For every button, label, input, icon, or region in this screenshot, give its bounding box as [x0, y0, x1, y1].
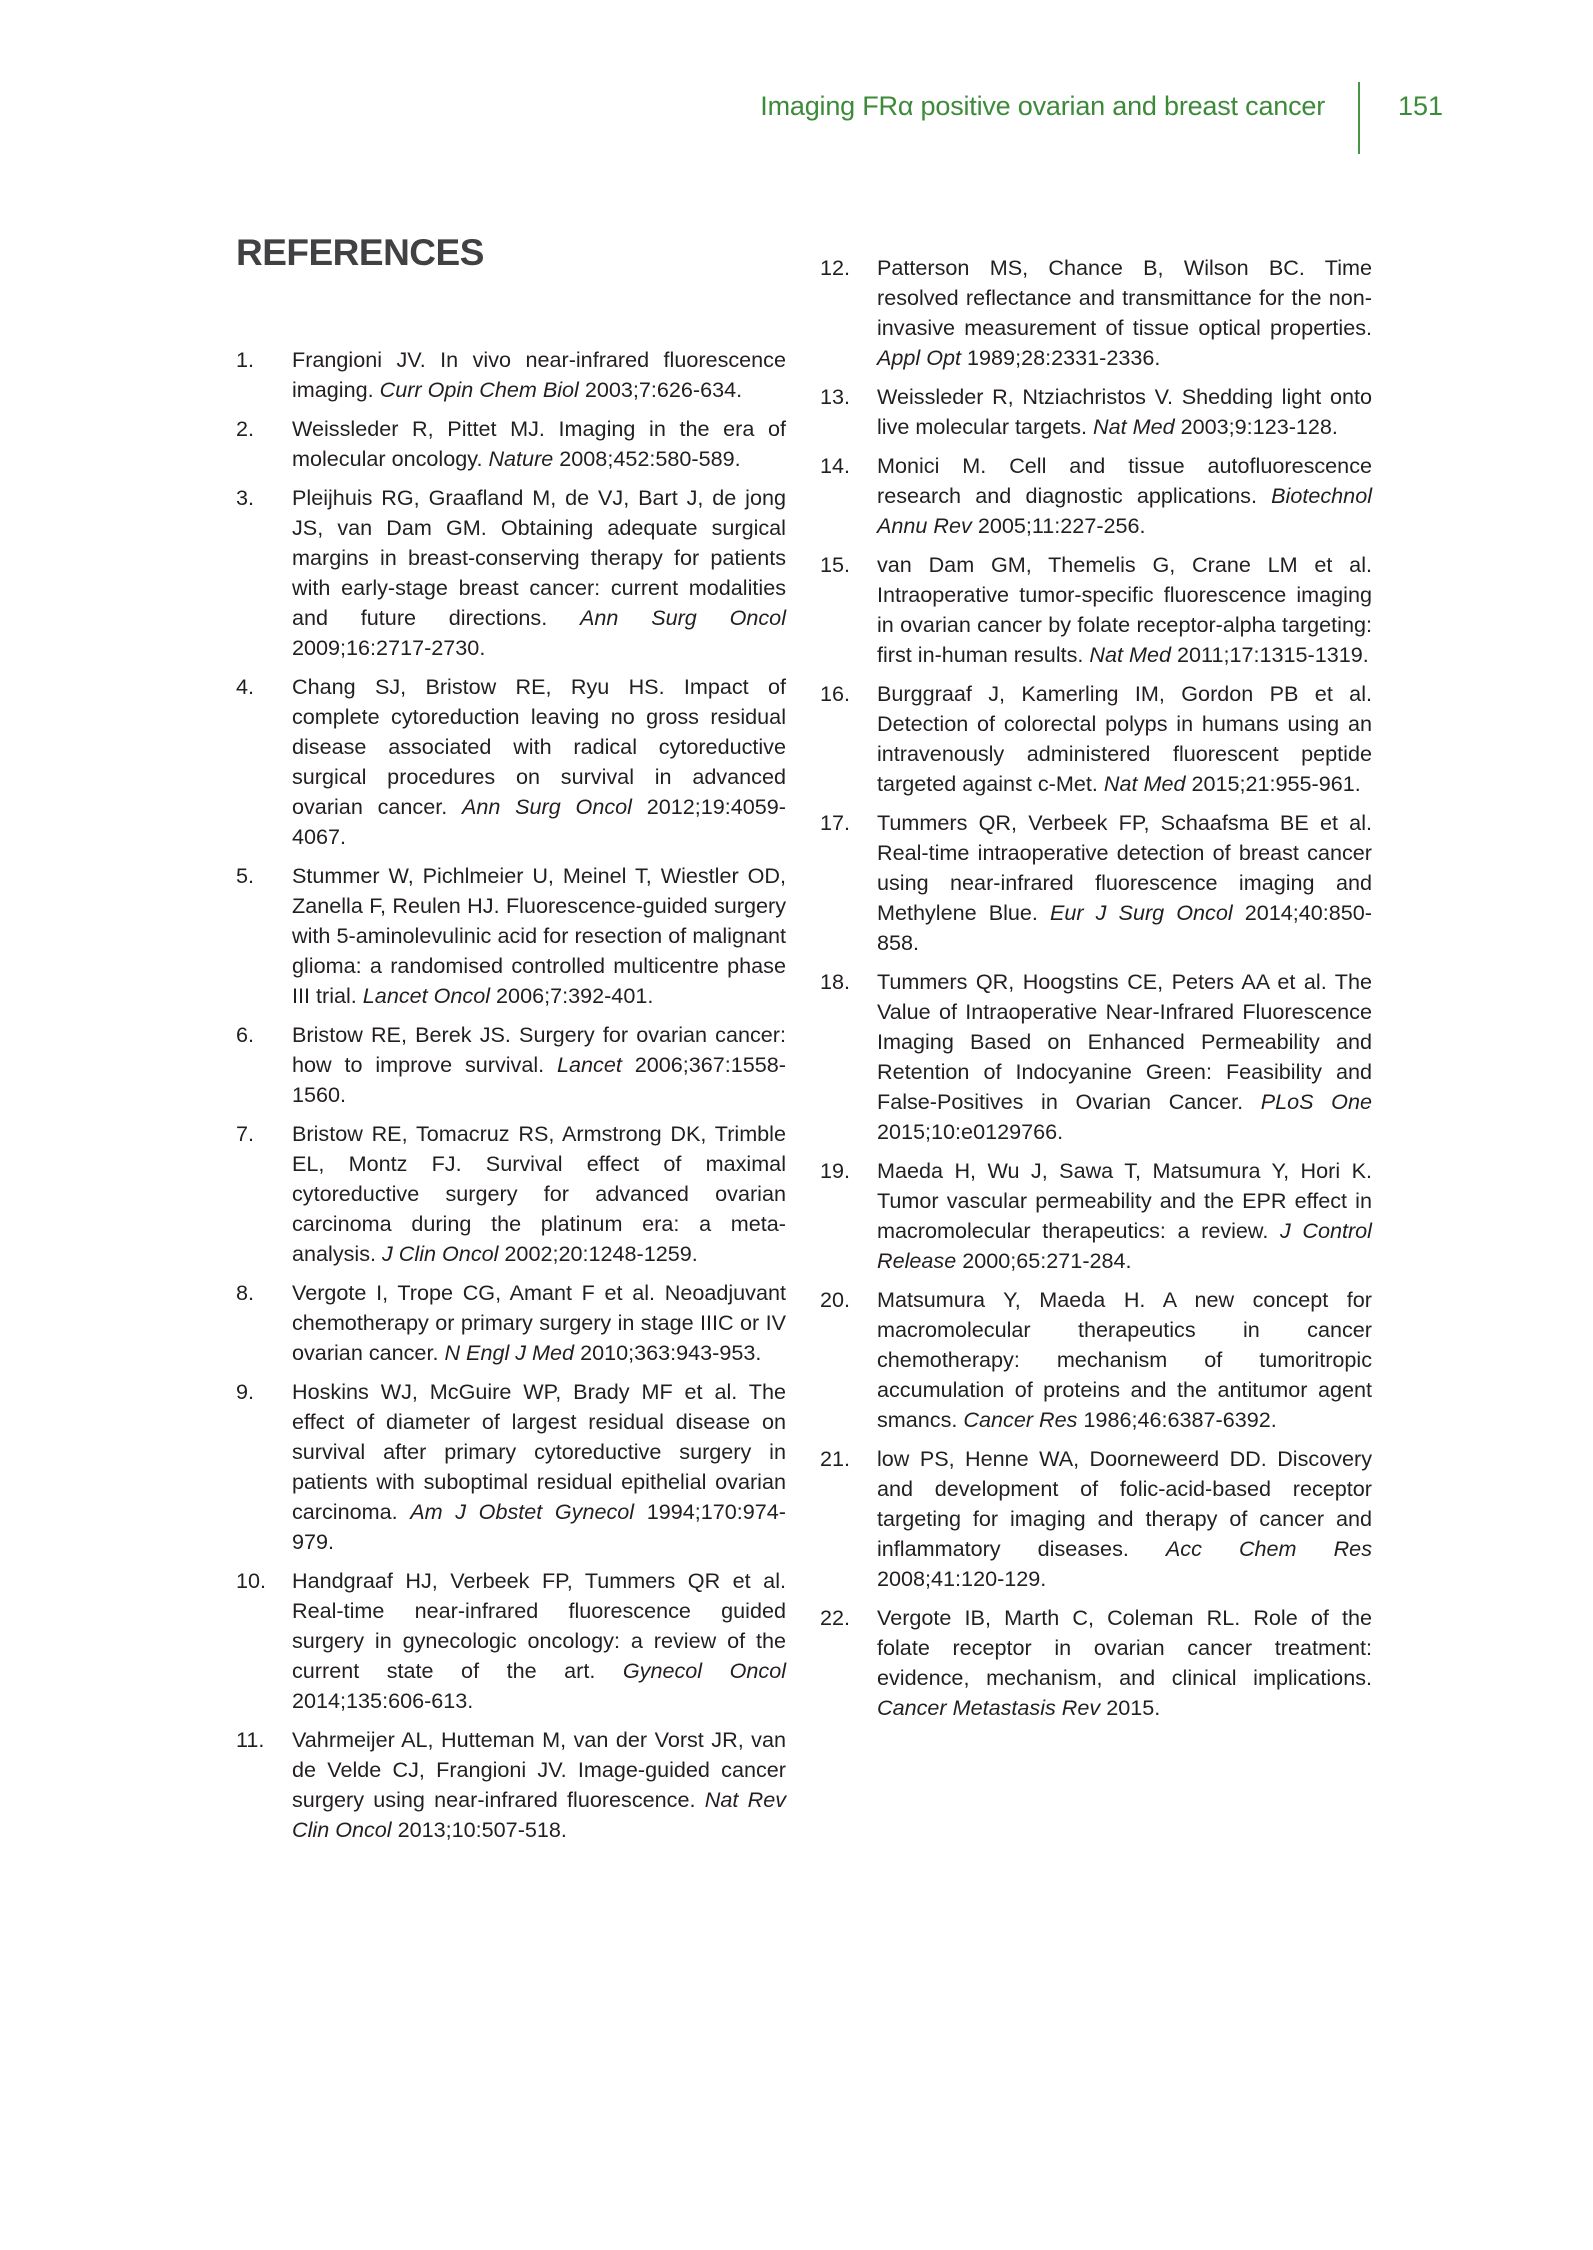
reference-journal: J Clin Oncol: [382, 1241, 498, 1266]
reference-journal: Cancer Metastasis Rev: [877, 1695, 1100, 1720]
reference-citation: 2000;65:271-284.: [956, 1248, 1131, 1273]
reference-item: 20.Matsumura Y, Maeda H. A new concept f…: [820, 1285, 1372, 1435]
references-heading: REFERENCES: [236, 232, 484, 274]
reference-number: 1.: [236, 345, 254, 375]
reference-number: 2.: [236, 414, 254, 444]
reference-citation: 2015;21:955-961.: [1185, 771, 1360, 796]
reference-item: 8.Vergote I, Trope CG, Amant F et al. Ne…: [236, 1278, 786, 1368]
reference-citation: 1989;28:2331-2336.: [961, 345, 1160, 370]
reference-journal: Lancet Oncol: [363, 983, 490, 1008]
reference-number: 3.: [236, 483, 254, 513]
reference-item: 11.Vahrmeijer AL, Hutteman M, van der Vo…: [236, 1725, 786, 1845]
reference-number: 17.: [820, 808, 850, 838]
reference-item: 13.Weissleder R, Ntziachristos V. Sheddi…: [820, 382, 1372, 442]
reference-number: 15.: [820, 550, 850, 580]
reference-journal: Gynecol Oncol: [623, 1658, 786, 1683]
page-number: 151: [1398, 91, 1443, 122]
reference-citation: 2002;20:1248-1259.: [498, 1241, 697, 1266]
running-title: Imaging FRα positive ovarian and breast …: [760, 91, 1325, 122]
reference-citation: 2005;11:227-256.: [972, 513, 1146, 538]
reference-text: Patterson MS, Chance B, Wilson BC. Time …: [877, 255, 1372, 340]
reference-citation: 2010;363:943-953.: [574, 1340, 761, 1365]
reference-number: 18.: [820, 967, 850, 997]
reference-item: 22.Vergote IB, Marth C, Coleman RL. Role…: [820, 1603, 1372, 1723]
reference-citation: 2008;41:120-129.: [877, 1566, 1046, 1591]
reference-item: 7.Bristow RE, Tomacruz RS, Armstrong DK,…: [236, 1119, 786, 1269]
reference-journal: Am J Obstet Gynecol: [410, 1499, 634, 1524]
reference-citation: 2013;10:507-518.: [392, 1817, 567, 1842]
reference-item: 17.Tummers QR, Verbeek FP, Schaafsma BE …: [820, 808, 1372, 958]
reference-item: 4.Chang SJ, Bristow RE, Ryu HS. Impact o…: [236, 672, 786, 852]
reference-citation: 2015;10:e0129766.: [877, 1119, 1063, 1144]
reference-number: 14.: [820, 451, 850, 481]
reference-text: Vergote IB, Marth C, Coleman RL. Role of…: [877, 1605, 1372, 1690]
reference-citation: 2014;135:606-613.: [292, 1688, 473, 1713]
reference-citation: 2003;7:626-634.: [579, 377, 742, 402]
reference-journal: Nature: [488, 446, 553, 471]
reference-number: 9.: [236, 1377, 254, 1407]
reference-citation: 1986;46:6387-6392.: [1077, 1407, 1276, 1432]
reference-number: 19.: [820, 1156, 850, 1186]
reference-citation: 2015.: [1100, 1695, 1160, 1720]
reference-item: 21.low PS, Henne WA, Doorneweerd DD. Dis…: [820, 1444, 1372, 1594]
reference-journal: Nat Med: [1104, 771, 1186, 796]
header-divider: [1358, 82, 1360, 154]
reference-citation: 2003;9:123-128.: [1175, 414, 1338, 439]
reference-journal: Appl Opt: [877, 345, 961, 370]
references-list-left: 1.Frangioni JV. In vivo near-infrared fl…: [236, 345, 786, 1854]
reference-number: 11.: [236, 1725, 264, 1755]
reference-item: 9.Hoskins WJ, McGuire WP, Brady MF et al…: [236, 1377, 786, 1557]
reference-journal: PLoS One: [1261, 1089, 1372, 1114]
reference-journal: Acc Chem Res: [1166, 1536, 1372, 1561]
reference-item: 16.Burggraaf J, Kamerling IM, Gordon PB …: [820, 679, 1372, 799]
reference-journal: Ann Surg Oncol: [580, 605, 786, 630]
reference-item: 18.Tummers QR, Hoogstins CE, Peters AA e…: [820, 967, 1372, 1147]
reference-number: 21.: [820, 1444, 850, 1474]
reference-number: 20.: [820, 1285, 850, 1315]
reference-number: 16.: [820, 679, 850, 709]
reference-number: 13.: [820, 382, 850, 412]
reference-journal: Lancet: [557, 1052, 622, 1077]
reference-journal: Ann Surg Oncol: [462, 794, 632, 819]
reference-journal: Nat Med: [1089, 642, 1171, 667]
reference-item: 14.Monici M. Cell and tissue autofluores…: [820, 451, 1372, 541]
reference-item: 5.Stummer W, Pichlmeier U, Meinel T, Wie…: [236, 861, 786, 1011]
reference-item: 2.Weissleder R, Pittet MJ. Imaging in th…: [236, 414, 786, 474]
running-header: Imaging FRα positive ovarian and breast …: [0, 0, 1593, 160]
reference-number: 6.: [236, 1020, 254, 1050]
reference-number: 5.: [236, 861, 254, 891]
reference-citation: 2011;17:1315-1319.: [1171, 642, 1369, 667]
reference-citation: 2008;452:580-589.: [553, 446, 740, 471]
reference-item: 3.Pleijhuis RG, Graafland M, de VJ, Bart…: [236, 483, 786, 663]
reference-number: 22.: [820, 1603, 850, 1633]
reference-number: 8.: [236, 1278, 254, 1308]
reference-journal: Nat Med: [1093, 414, 1175, 439]
reference-item: 6.Bristow RE, Berek JS. Surgery for ovar…: [236, 1020, 786, 1110]
reference-citation: 2006;7:392-401.: [490, 983, 653, 1008]
reference-citation: 2009;16:2717-2730.: [292, 635, 485, 660]
reference-item: 12.Patterson MS, Chance B, Wilson BC. Ti…: [820, 253, 1372, 373]
reference-number: 12.: [820, 253, 850, 283]
reference-item: 19.Maeda H, Wu J, Sawa T, Matsumura Y, H…: [820, 1156, 1372, 1276]
reference-number: 10.: [236, 1566, 266, 1596]
reference-item: 10.Handgraaf HJ, Verbeek FP, Tummers QR …: [236, 1566, 786, 1716]
references-list-right: 12.Patterson MS, Chance B, Wilson BC. Ti…: [820, 253, 1372, 1732]
reference-journal: Curr Opin Chem Biol: [380, 377, 579, 402]
reference-number: 7.: [236, 1119, 254, 1149]
reference-journal: N Engl J Med: [444, 1340, 574, 1365]
reference-item: 15.van Dam GM, Themelis G, Crane LM et a…: [820, 550, 1372, 670]
reference-item: 1.Frangioni JV. In vivo near-infrared fl…: [236, 345, 786, 405]
reference-journal: Cancer Res: [963, 1407, 1077, 1432]
reference-number: 4.: [236, 672, 254, 702]
reference-journal: Eur J Surg Oncol: [1050, 900, 1233, 925]
